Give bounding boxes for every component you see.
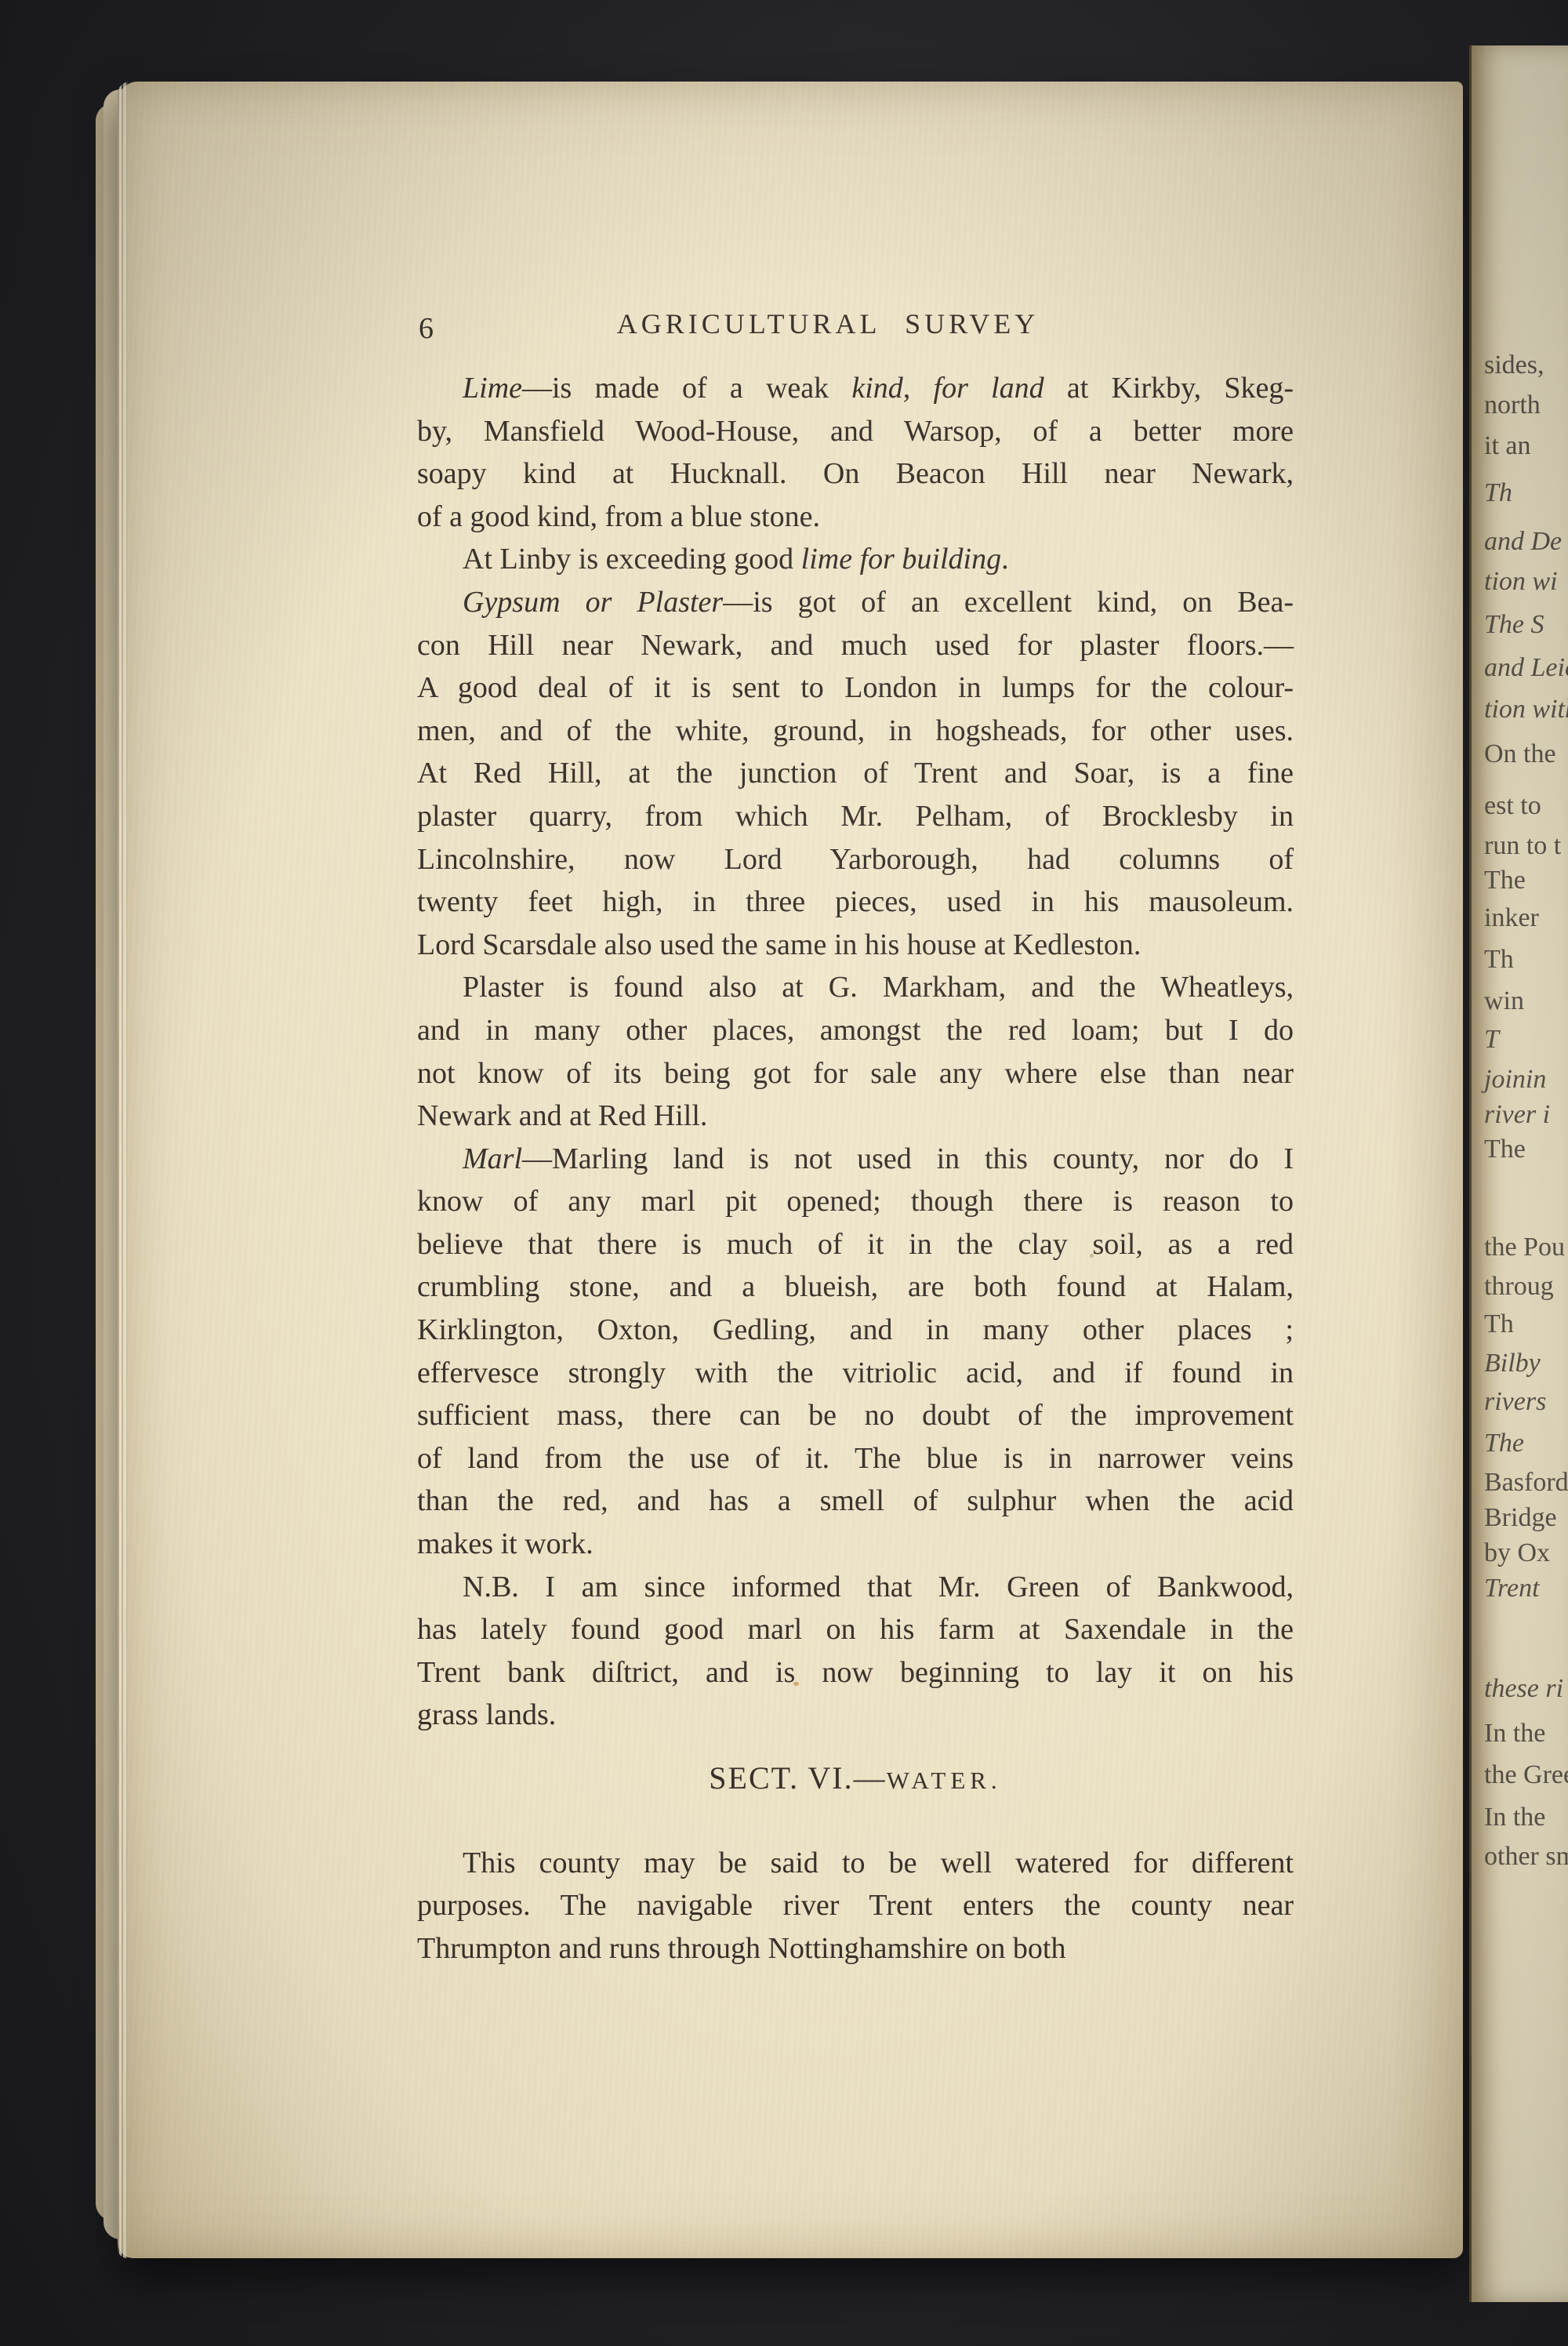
italic-text: Gypsum or Plaster — [463, 586, 723, 619]
photograph-of-book: { "colors": { "background": "#232327", "… — [0, 0, 1568, 2346]
text: not know of its being got for sale any w… — [417, 1057, 1294, 1090]
text-line: and in many other places, amongst the re… — [417, 1009, 1294, 1052]
paragraph: This county may be said to be well water… — [417, 1842, 1294, 1970]
text: has lately found good marl on his farm a… — [417, 1613, 1294, 1646]
text-line: At Linby is exceeding good lime for buil… — [417, 538, 1294, 581]
facing-page-line-fragment: throug — [1484, 1272, 1554, 1301]
text: of a good kind, from a blue stone. — [417, 500, 820, 533]
text: Trent bank diſtrict, and is now beginnin… — [417, 1656, 1294, 1689]
text: purposes. The navigable river Trent ente… — [417, 1889, 1294, 1922]
text-line: Lincolnshire, now Lord Yarborough, had c… — [417, 838, 1294, 881]
text: makes it work. — [417, 1527, 593, 1560]
section-heading-text: WATER. — [887, 1767, 1002, 1794]
text-line: At Red Hill, at the junction of Trent an… — [417, 752, 1294, 795]
text: soapy kind at Hucknall. On Beacon Hill n… — [417, 457, 1294, 490]
paragraph: Plaster is found also at G. Markham, and… — [417, 966, 1294, 1137]
facing-page-line-fragment: north — [1484, 390, 1541, 419]
paragraph: Gypsum or Plaster—is got of an excellent… — [417, 581, 1294, 966]
text: —is got of an excellent kind, on Bea- — [723, 586, 1294, 619]
text-line: soapy kind at Hucknall. On Beacon Hill n… — [417, 452, 1294, 496]
page-header: 6 AGRICULTURAL SURVEY — [417, 307, 1294, 353]
text-line: Newark and at Red Hill. — [417, 1095, 1294, 1138]
page-number: 6 — [419, 311, 434, 346]
facing-page-line-fragment: tion with — [1484, 695, 1568, 724]
text-line: crumbling stone, and a blueish, are both… — [417, 1266, 1294, 1309]
text: at Kirkby, Skeg- — [1044, 372, 1294, 405]
text: N.B. I am since informed that Mr. Green … — [463, 1571, 1294, 1603]
section-heading: SECT. VI.—WATER. — [417, 1757, 1294, 1803]
text: Kirklington, Oxton, Gedling, and in many… — [417, 1313, 1294, 1346]
text-line: by, Mansfield Wood-House, and Warsop, of… — [417, 410, 1294, 453]
text: sufficient mass, there can be no doubt o… — [417, 1399, 1294, 1432]
text: effervesce strongly with the vitriolic a… — [417, 1356, 1294, 1389]
facing-page-line-fragment: Bridge — [1484, 1503, 1557, 1532]
text-line: know of any marl pit opened; though ther… — [417, 1180, 1294, 1223]
text-line: has lately found good marl on his farm a… — [417, 1608, 1294, 1651]
facing-page-line-fragment: inker — [1484, 903, 1539, 932]
italic-text: Marl — [463, 1142, 522, 1175]
running-title: AGRICULTURAL SURVEY — [417, 307, 1294, 340]
facing-page-line-fragment: The — [1484, 1135, 1526, 1164]
text-line: twenty feet high, in three pieces, used … — [417, 881, 1294, 924]
facing-page-line-fragment: tion wi — [1484, 567, 1558, 596]
text-line: con Hill near Newark, and much used for … — [417, 624, 1294, 667]
facing-page-line-fragment: In the — [1484, 1803, 1545, 1832]
text: Plaster is found also at G. Markham, and… — [463, 971, 1294, 1004]
facing-page-line-fragment: the Pou — [1484, 1233, 1565, 1262]
facing-page-line-fragment: The S — [1484, 610, 1544, 639]
text: Lord Scarsdale also used the same in his… — [417, 928, 1141, 961]
facing-page-line-fragment: river i — [1484, 1100, 1550, 1129]
text: believe that there is much of it in the … — [417, 1228, 1294, 1261]
facing-page-line-fragment: run to t — [1484, 831, 1561, 860]
text-line: purposes. The navigable river Trent ente… — [417, 1884, 1294, 1927]
facing-page-line-fragment: rivers — [1484, 1387, 1546, 1416]
text: . — [1001, 543, 1009, 576]
facing-page-line-fragment: the Gree — [1484, 1760, 1568, 1789]
text: plaster quarry, from which Mr. Pelham, o… — [417, 800, 1294, 833]
paragraph: N.B. I am since informed that Mr. Green … — [417, 1566, 1294, 1737]
italic-text: Lime — [463, 372, 522, 405]
facing-page-line-fragment: The — [1484, 866, 1526, 895]
text: con Hill near Newark, and much used for … — [417, 629, 1294, 662]
facing-page-line-fragment: these ri — [1484, 1674, 1563, 1703]
facing-page-line-fragment: Th — [1484, 478, 1512, 507]
text: Newark and at Red Hill. — [417, 1099, 707, 1132]
paragraph: Marl—Marling land is not used in this co… — [417, 1138, 1294, 1566]
text-line: makes it work. — [417, 1523, 1294, 1566]
facing-page-line-fragment: Basford — [1484, 1468, 1568, 1497]
section-heading-text: SECT. VI.— — [709, 1760, 886, 1796]
facing-page-line-fragment: by Ox — [1484, 1538, 1550, 1567]
facing-page-line-fragment: sides, — [1484, 350, 1544, 379]
text: At Red Hill, at the junction of Trent an… — [417, 757, 1294, 790]
facing-page-line-fragment: Th — [1484, 945, 1514, 974]
text-line: believe that there is much of it in the … — [417, 1223, 1294, 1266]
facing-page-line-fragment: T — [1484, 1025, 1499, 1054]
text-line: N.B. I am since informed that Mr. Green … — [417, 1566, 1294, 1609]
text-line: than the red, and has a smell of sulphur… — [417, 1480, 1294, 1523]
text-line: grass lands. — [417, 1694, 1294, 1737]
text-line: of land from the use of it. The blue is … — [417, 1437, 1294, 1480]
facing-page-line-fragment: The — [1484, 1429, 1524, 1458]
text-line: Lord Scarsdale also used the same in his… — [417, 924, 1294, 967]
text: know of any marl pit opened; though ther… — [417, 1185, 1294, 1218]
text-line: Gypsum or Plaster—is got of an excellent… — [417, 581, 1294, 624]
text-line: men, and of the white, ground, in hogshe… — [417, 710, 1294, 753]
paragraph: Lime—is made of a weak kind, for land at… — [417, 367, 1294, 538]
book-page: 6 AGRICULTURAL SURVEY Lime—is made of a … — [118, 82, 1463, 2258]
text-line: Plaster is found also at G. Markham, and… — [417, 966, 1294, 1009]
facing-page-line-fragment: Bilby — [1484, 1349, 1541, 1378]
text: A good deal of it is sent to London in l… — [417, 671, 1294, 704]
text-line: Trent bank diſtrict, and is now beginnin… — [417, 1651, 1294, 1694]
text-line: Lime—is made of a weak kind, for land at… — [417, 367, 1294, 410]
text: grass lands. — [417, 1698, 556, 1731]
page-left-edge — [118, 82, 130, 2258]
body-text: Lime—is made of a weak kind, for land at… — [417, 367, 1294, 1970]
text: by, Mansfield Wood-House, and Warsop, of… — [417, 415, 1294, 448]
text: This county may be said to be well water… — [463, 1847, 1294, 1879]
text-line: Kirklington, Oxton, Gedling, and in many… — [417, 1309, 1294, 1352]
facing-page-line-fragment: and Leic — [1484, 653, 1568, 682]
facing-page-line-fragment: On the — [1484, 739, 1556, 768]
text: men, and of the white, ground, in hogshe… — [417, 714, 1294, 747]
facing-page-line-fragment: est to — [1484, 791, 1541, 820]
text-line: effervesce strongly with the vitriolic a… — [417, 1352, 1294, 1395]
facing-page-line-fragment: Trent — [1484, 1574, 1540, 1603]
facing-page-line-fragment: joinin — [1484, 1065, 1546, 1094]
text: At Linby is exceeding good — [463, 543, 801, 576]
text: of land from the use of it. The blue is … — [417, 1442, 1294, 1475]
text: Lincolnshire, now Lord Yarborough, had c… — [417, 843, 1294, 876]
text: —is made of a weak — [522, 372, 851, 405]
italic-text: kind, for land — [851, 372, 1044, 405]
text: twenty feet high, in three pieces, used … — [417, 885, 1294, 918]
facing-page-line-fragment: other sma — [1484, 1842, 1568, 1871]
text-line: Marl—Marling land is not used in this co… — [417, 1138, 1294, 1181]
facing-page: sides,northit anThand Detion wiThe Sand … — [1469, 45, 1568, 2302]
facing-page-line-fragment: and De — [1484, 527, 1562, 556]
facing-page-line-fragment: it an — [1484, 431, 1530, 460]
text-line: of a good kind, from a blue stone. — [417, 496, 1294, 539]
text: Thrumpton and runs through Nottinghamshi… — [417, 1932, 1065, 1965]
paragraph: At Linby is exceeding good lime for buil… — [417, 538, 1294, 581]
text: and in many other places, amongst the re… — [417, 1014, 1294, 1047]
facing-page-line-fragment: In the — [1484, 1719, 1545, 1748]
text: than the red, and has a smell of sulphur… — [417, 1484, 1294, 1517]
facing-page-line-fragment: Th — [1484, 1309, 1514, 1338]
text-line: plaster quarry, from which Mr. Pelham, o… — [417, 795, 1294, 838]
text-line: Thrumpton and runs through Nottinghamshi… — [417, 1927, 1294, 1970]
text-line: sufficient mass, there can be no doubt o… — [417, 1394, 1294, 1437]
italic-text: lime for building — [801, 543, 1001, 576]
text-line: not know of its being got for sale any w… — [417, 1052, 1294, 1095]
text: —Marling land is not used in this county… — [522, 1142, 1294, 1175]
text-line: A good deal of it is sent to London in l… — [417, 666, 1294, 710]
text-line: This county may be said to be well water… — [417, 1842, 1294, 1885]
facing-page-line-fragment: win — [1484, 986, 1524, 1015]
text: crumbling stone, and a blueish, are both… — [417, 1270, 1294, 1303]
